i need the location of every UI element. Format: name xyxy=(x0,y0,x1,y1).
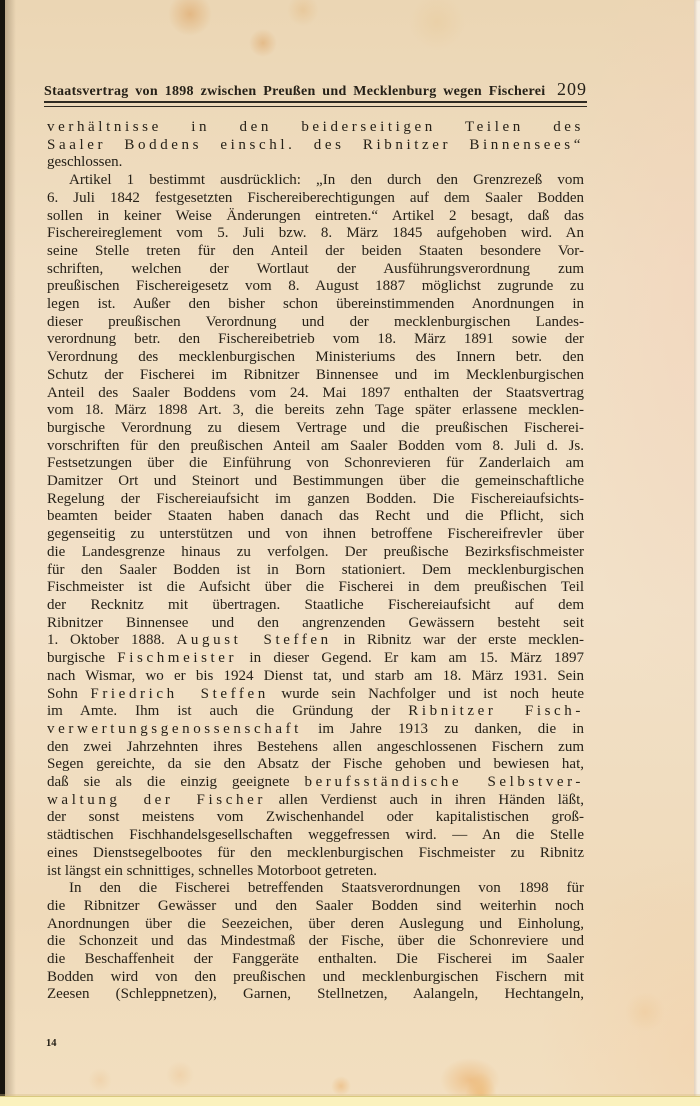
letterspaced-text: verhältnisse in den beiderseitigen Teile… xyxy=(47,119,584,135)
text-line: Anordnungen über die Seezeichen, über de… xyxy=(47,916,584,934)
text-line: beamten beider Staaten haben danach das … xyxy=(47,508,584,526)
text-line: verhältnisse in den beiderseitigen Teile… xyxy=(47,119,584,137)
text-line: Verordnung des mecklenburgischen Ministe… xyxy=(47,349,584,367)
text-line: die Landesgrenze hinaus zu verfolgen. De… xyxy=(47,544,584,562)
running-title: Staatsvertrag von 1898 zwischen Preußen … xyxy=(44,84,545,100)
letterspaced-text: waltung der Fischer xyxy=(47,792,266,808)
text-line: vom 18. März 1898 Art. 3, die bereits ze… xyxy=(47,402,584,420)
letterspaced-text: Fischmeister xyxy=(117,650,237,666)
text-line: die Schonzeit und das Mindestmaß der Fis… xyxy=(47,933,584,951)
letterspaced-text: Saaler Boddens einschl. des Ribnitzer Bi… xyxy=(47,137,584,153)
text-line: der sonst meistens vom Zwischenhandel od… xyxy=(47,809,584,827)
text-line: nach Wismar, wo er bis 1924 Dienst tat, … xyxy=(47,668,584,686)
text-line: der Recknitz mit übertragen. Staatliche … xyxy=(47,597,584,615)
text-line: Ribnitzer Binnensee und den angrenzenden… xyxy=(47,615,584,633)
text-line: burgische Verordnung zu diesem Vertrage … xyxy=(47,420,584,438)
text-line: sollen in keiner Weise Änderungen eintre… xyxy=(47,208,584,226)
text-line: 6. Juli 1842 festgesetzten Fischereibere… xyxy=(47,190,584,208)
page-left-edge-shadow xyxy=(5,0,16,1106)
text-line: Regelung der Fischereiaufsicht im ganzen… xyxy=(47,491,584,509)
text-line: Sohn Friedrich Steffen wurde sein Nachfo… xyxy=(47,686,584,704)
text-line: im Amte. Ihm ist auch die Gründung der R… xyxy=(47,703,584,721)
letterspaced-text: verwertungsgenossenschaft xyxy=(47,721,302,737)
text-line: geschlossen. xyxy=(47,154,584,172)
text-line: preußischen Fischereigesetz vom 8. Augus… xyxy=(47,278,584,296)
text-line: Fischereireglement vom 5. Juli bzw. 8. M… xyxy=(47,225,584,243)
letterspaced-text: Ribnitzer Fisch- xyxy=(408,703,584,719)
text-line: daß sie als die einzig geeignete berufss… xyxy=(47,774,584,792)
header-double-rule xyxy=(44,101,587,107)
text-line: die Ribnitzer Gewässer und den Saaler Bo… xyxy=(47,898,584,916)
letterspaced-text: berufsständische Selbstver- xyxy=(305,774,584,790)
text-line: für den Saaler Bodden ist in Born statio… xyxy=(47,562,584,580)
text-line: gegenseitig zu unterstützen und von ihne… xyxy=(47,526,584,544)
text-line: eines Dienstsegelbootes für den mecklenb… xyxy=(47,845,584,863)
text-line: Segen gereichte, da sie den Absatz der F… xyxy=(47,756,584,774)
text-line: Fischmeister ist die Aufsicht über die F… xyxy=(47,579,584,597)
scanned-book-page: Staatsvertrag von 1898 zwischen Preußen … xyxy=(0,0,700,1106)
text-line: Festsetzungen über die Einführung von Sc… xyxy=(47,455,584,473)
text-line: dieser preußischen Verordnung und der me… xyxy=(47,314,584,332)
text-line: burgische Fischmeister in dieser Gegend.… xyxy=(47,650,584,668)
text-line: den zwei Jahrzehnten ihres Bestehens all… xyxy=(47,739,584,757)
text-line: legen ist. Außer den bisher schon überei… xyxy=(47,296,584,314)
text-line: Damitzer Ort und Steinort und Bestimmung… xyxy=(47,473,584,491)
text-line: Artikel 1 bestimmt ausdrücklich: „In den… xyxy=(47,172,584,190)
text-line: waltung der Fischer allen Verdienst auch… xyxy=(47,792,584,810)
text-line: seine Stelle treten für den Anteil der b… xyxy=(47,243,584,261)
printer-signature-mark: 14 xyxy=(46,1038,57,1049)
text-line: ist längst ein schnittiges, schnelles Mo… xyxy=(47,863,584,881)
text-line: Bodden wird von den preußischen und meck… xyxy=(47,969,584,987)
body-text: verhältnisse in den beiderseitigen Teile… xyxy=(47,119,584,1004)
text-line: vorschriften für den preußischen Anteil … xyxy=(47,438,584,456)
text-line: städtischen Fischhandelsgesellschaften w… xyxy=(47,827,584,845)
page-right-edge xyxy=(694,0,700,1106)
page-number: 209 xyxy=(557,79,587,100)
next-page-edge xyxy=(0,1096,700,1106)
text-line: verwertungsgenossenschaft im Jahre 1913 … xyxy=(47,721,584,739)
text-line: Zeesen (Schleppnetzen), Garnen, Stellnet… xyxy=(47,986,584,1004)
page-header: Staatsvertrag von 1898 zwischen Preußen … xyxy=(44,79,587,100)
text-line: 1. Oktober 1888. August Steffen in Ribni… xyxy=(47,632,584,650)
letterspaced-text: Friedrich Steffen xyxy=(90,686,269,702)
text-line: verordnung betr. den Fischereibetrieb vo… xyxy=(47,331,584,349)
text-line: Schutz der Fischerei im Ribnitzer Binnen… xyxy=(47,367,584,385)
text-line: Saaler Boddens einschl. des Ribnitzer Bi… xyxy=(47,137,584,155)
text-line: schriften, welchen der Wortlaut der Ausf… xyxy=(47,261,584,279)
letterspaced-text: August Steffen xyxy=(176,632,331,648)
text-line: die Beschaffenheit der Fanggeräte enthal… xyxy=(47,951,584,969)
text-line: In den die Fischerei betreffenden Staats… xyxy=(47,880,584,898)
text-line: Anteil des Saaler Boddens vom 24. Mai 18… xyxy=(47,385,584,403)
